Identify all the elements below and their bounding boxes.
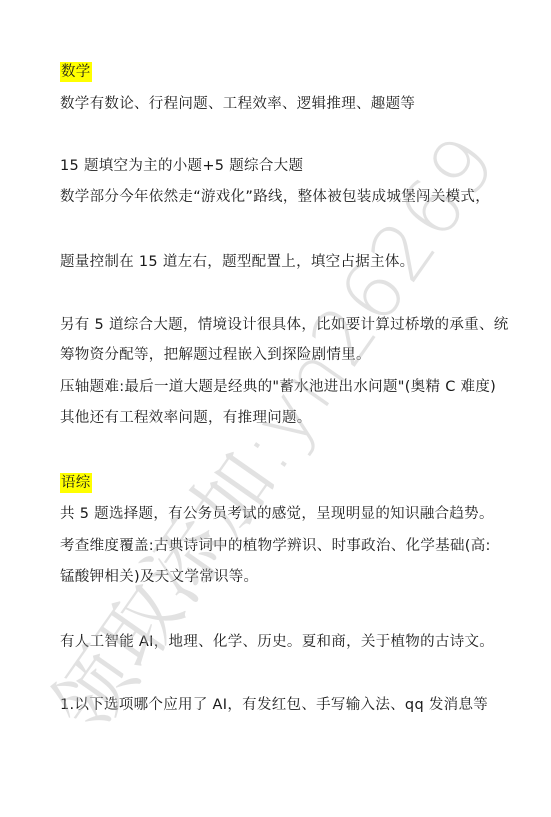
paragraph: 15 题填空为主的小题+5 题综合大题 <box>60 156 303 176</box>
section-heading-math: 数学 <box>60 62 92 82</box>
paragraph: 数学有数论、行程问题、工程效率、逻辑推理、趣题等 <box>60 94 415 114</box>
paragraph: 另有 5 道综合大题，情境设计很具体，比如要计算过桥墩的承重、统 <box>60 315 509 335</box>
paragraph: 有人工智能 AI，地理、化学、历史。夏和商，关于植物的古诗文。 <box>60 632 494 652</box>
paragraph: 数学部分今年依然走“游戏化”路线，整体被包装成城堡闯关模式， <box>60 187 490 207</box>
section-math: 数学 <box>60 62 92 82</box>
section-chinese-comprehensive: 语综 <box>60 473 92 493</box>
section-heading-chinese-comprehensive: 语综 <box>60 473 92 493</box>
paragraph: 其他还有工程效率问题，有推理问题。 <box>60 408 312 428</box>
paragraph: 筹物资分配等，把解题过程嵌入到探险剧情里。 <box>60 345 371 365</box>
paragraph: 压轴题难:最后一道大题是经典的"蓄水池进出水问题"(奥精 C 难度) <box>60 377 496 397</box>
paragraph: 考查维度覆盖:古典诗词中的植物学辨识、时事政治、化学基础(高: <box>60 536 491 556</box>
paragraph: 共 5 题选择题，有公务员考试的感觉，呈现明显的知识融合趋势。 <box>60 504 494 524</box>
paragraph: 锰酸钾相关)及天文学常识等。 <box>60 567 258 587</box>
paragraph: 题量控制在 15 道左右，题型配置上，填空占据主体。 <box>60 252 414 272</box>
document-page: 数学 数学有数论、行程问题、工程效率、逻辑推理、趣题等 15 题填空为主的小题+… <box>0 0 551 817</box>
paragraph: 1.以下选项哪个应用了 AI，有发红包、手写输入法、qq 发消息等 <box>60 695 488 715</box>
